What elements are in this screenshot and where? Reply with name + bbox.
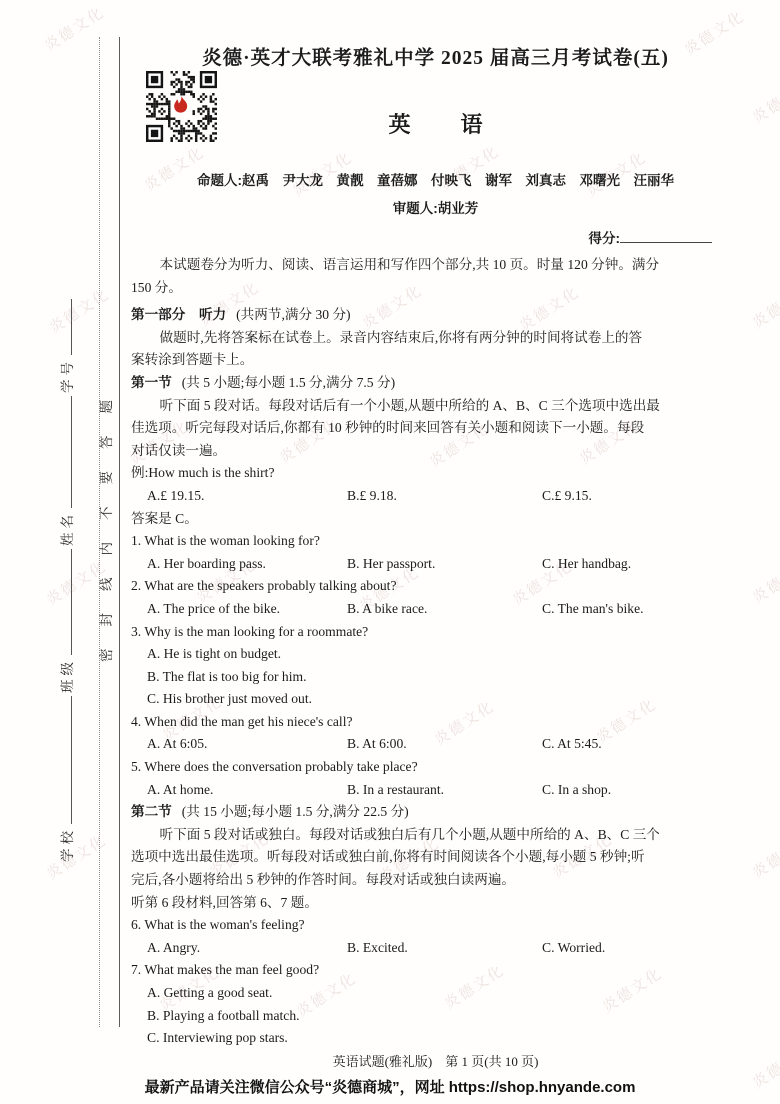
watermark-text: 炎德文化 (748, 73, 780, 128)
part1-note-2: 案转涂到答题卡上。 (131, 349, 740, 372)
question-1: 1. What is the woman looking for? (131, 530, 740, 553)
q7-option-c: C. Interviewing pop stars. (131, 1027, 740, 1050)
q6-option-b: B. Excited. (347, 937, 542, 960)
part1-heading-rest: (共两节,满分 30 分) (236, 307, 350, 322)
example-answer: 答案是 C。 (131, 508, 740, 531)
q5-option-a: A. At home. (147, 779, 347, 802)
score-label: 得分: (589, 231, 621, 246)
q4-option-a: A. At 6:05. (147, 733, 347, 756)
q3-option-b: B. The flat is too big for him. (131, 666, 740, 689)
section1-intro-2: 佳选项。听完每段对话后,你都有 10 秒钟的时间来回答有关小题和阅读下一小题。每… (131, 417, 740, 440)
q6-option-c: C. Worried. (542, 937, 740, 960)
seal-field-class: 班级 (60, 658, 75, 693)
example-option-c: C.£ 9.15. (542, 485, 740, 508)
score-line: 得分: (131, 227, 740, 247)
q4-option-b: B. At 6:00. (347, 733, 542, 756)
q1-option-b: B. Her passport. (347, 553, 542, 576)
watermark-text: 炎德文化 (40, 1, 108, 56)
seal-blank-class (66, 549, 72, 655)
seal-name-fields: 学校班级姓名学号 (56, 280, 76, 862)
setters-line: 命题人:赵禹 尹大龙 黄靓 童蓓娜 付映飞 谢军 刘真志 邓曙光 汪丽华 (131, 169, 740, 189)
example-option-b: B.£ 9.18. (347, 485, 542, 508)
q6-option-a: A. Angry. (147, 937, 347, 960)
example-question: 例:How much is the shirt? (131, 462, 740, 485)
page-number-line: 英语试题(雅礼版) 第 1 页(共 10 页) (131, 1051, 740, 1070)
exam-body: 本试题卷分为听力、阅读、语言运用和写作四个部分,共 10 页。时量 120 分钟… (131, 254, 740, 1050)
seal-solid-line (119, 37, 120, 1027)
question-1-options: A. Her boarding pass. B. Her passport. C… (131, 553, 740, 576)
example-options: A.£ 19.15. B.£ 9.18. C.£ 9.15. (131, 485, 740, 508)
part1-heading: 第一部分 听力(共两节,满分 30 分) (131, 304, 740, 327)
section1-heading-bold: 第一节 (131, 375, 172, 390)
section1-heading: 第一节(共 5 小题;每小题 1.5 分,满分 7.5 分) (131, 372, 740, 395)
intro-line-1: 本试题卷分为听力、阅读、语言运用和写作四个部分,共 10 页。时量 120 分钟… (131, 254, 740, 277)
watermark-text: 炎德文化 (748, 828, 780, 883)
section1-intro-1: 听下面 5 段对话。每段对话后有一个小题,从题中所给的 A、B、C 三个选项中选… (131, 395, 740, 418)
section1-heading-rest: (共 5 小题;每小题 1.5 分,满分 7.5 分) (182, 375, 395, 390)
subject-title: 英 语 (131, 108, 740, 139)
section2-intro-1: 听下面 5 段对话或独白。每段对话或独白后有几个小题,从题中所给的 A、B、C … (131, 824, 740, 847)
watermark-text: 炎德文化 (748, 278, 780, 333)
intro-line-2: 150 分。 (131, 277, 740, 300)
section2-heading-bold: 第二节 (131, 804, 172, 819)
seal-warning-text: 密封线内不要答题 (95, 362, 115, 662)
q7-option-b: B. Playing a football match. (131, 1005, 740, 1028)
section2-heading: 第二节(共 15 小题;每小题 1.5 分,满分 22.5 分) (131, 801, 740, 824)
part1-heading-bold: 第一部分 听力 (131, 307, 226, 322)
section1-intro-3: 对话仅读一遍。 (131, 440, 740, 463)
section2-intro-2: 选项中选出最佳选项。听每段对话或独白前,你将有时间阅读各个小题,每小题 5 秒钟… (131, 846, 740, 869)
question-6-options: A. Angry. B. Excited. C. Worried. (131, 937, 740, 960)
seal-blank-studentid (66, 299, 72, 355)
question-4-options: A. At 6:05. B. At 6:00. C. At 5:45. (131, 733, 740, 756)
part1-note-1: 做题时,先将答案标在试卷上。录音内容结束后,你将有两分钟的时间将试卷上的答 (131, 327, 740, 350)
exam-title: 炎德·英才大联考雅礼中学 2025 届高三月考试卷(五) (131, 42, 740, 70)
q2-option-c: C. The man's bike. (542, 598, 740, 621)
seal-field-studentid: 学号 (60, 358, 75, 393)
q1-option-a: A. Her boarding pass. (147, 553, 347, 576)
question-4: 4. When did the man get his niece's call… (131, 711, 740, 734)
question-5-options: A. At home. B. In a restaurant. C. In a … (131, 779, 740, 802)
watermark-text: 炎德文化 (748, 553, 780, 608)
q5-option-c: C. In a shop. (542, 779, 740, 802)
seal-field-school: 学校 (60, 827, 75, 862)
question-6: 6. What is the woman's feeling? (131, 914, 740, 937)
question-2-options: A. The price of the bike. B. A bike race… (131, 598, 740, 621)
section2-intro-3: 完后,各小题将给出 5 秒钟的作答时间。每段对话或独白读两遍。 (131, 869, 740, 892)
question-3: 3. Why is the man looking for a roommate… (131, 621, 740, 644)
q5-option-b: B. In a restaurant. (347, 779, 542, 802)
q3-option-a: A. He is tight on budget. (131, 643, 740, 666)
exam-paper-page: 炎德文化炎德文化炎德文化炎德文化炎德文化炎德文化炎德文化炎德文化炎德文化炎德文化… (0, 0, 780, 1104)
q3-option-c: C. His brother just moved out. (131, 688, 740, 711)
example-option-a: A.£ 19.15. (147, 485, 347, 508)
q1-option-c: C. Her handbag. (542, 553, 740, 576)
score-blank (620, 230, 712, 243)
question-7: 7. What makes the man feel good? (131, 959, 740, 982)
qr-code (146, 70, 217, 143)
q4-option-c: C. At 5:45. (542, 733, 740, 756)
promo-line: 最新产品请关注微信公众号“炎德商城”，网址 https://shop.hnyan… (0, 1076, 780, 1097)
content-column: 炎德·英才大联考雅礼中学 2025 届高三月考试卷(五) 英 语 命题人:赵禹 … (131, 0, 740, 1050)
q2-option-a: A. The price of the bike. (147, 598, 347, 621)
question-5: 5. Where does the conversation probably … (131, 756, 740, 779)
seal-blank-school (66, 696, 72, 824)
seal-blank-name (66, 396, 72, 508)
reviewer-line: 审题人:胡业芳 (131, 197, 740, 217)
q7-option-a: A. Getting a good seat. (131, 982, 740, 1005)
material-6-line: 听第 6 段材料,回答第 6、7 题。 (131, 892, 740, 915)
question-2: 2. What are the speakers probably talkin… (131, 575, 740, 598)
section2-heading-rest: (共 15 小题;每小题 1.5 分,满分 22.5 分) (182, 804, 409, 819)
q2-option-b: B. A bike race. (347, 598, 542, 621)
seal-field-name: 姓名 (60, 511, 75, 546)
